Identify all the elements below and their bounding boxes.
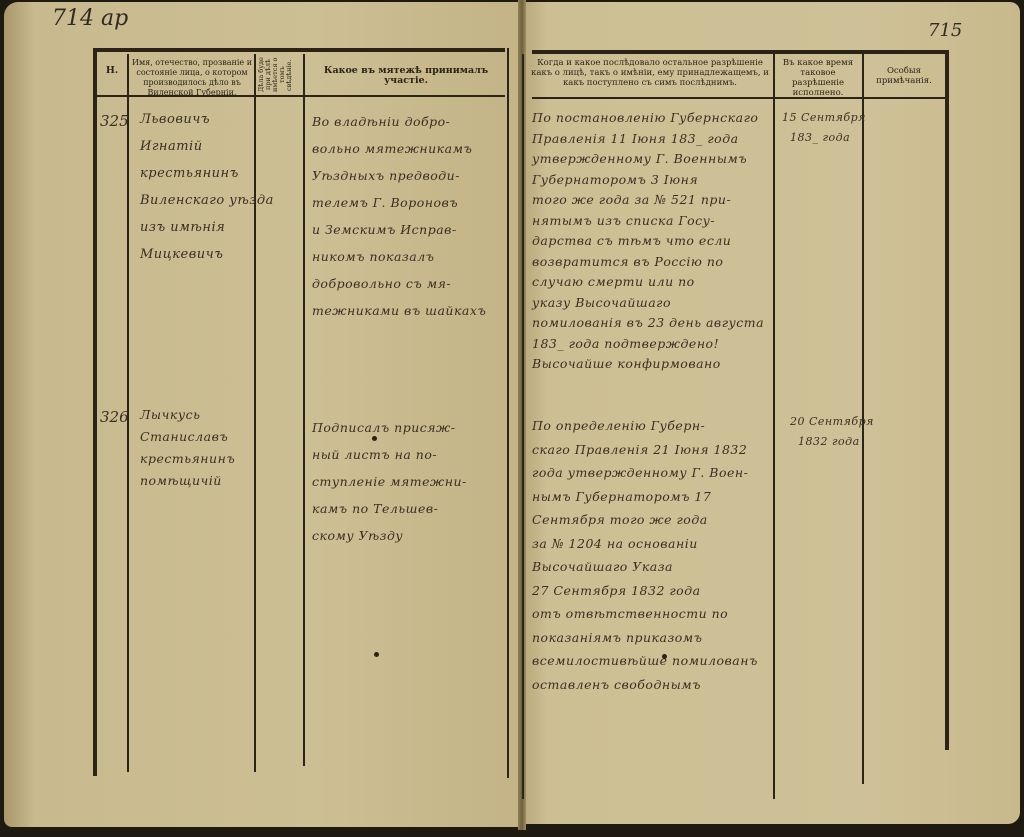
col-line [507, 48, 509, 778]
entry-name: Львовичъ Игнатій крестьянинъ Виленскаго … [140, 106, 274, 268]
entry-resolution: По определенію Губерн- скаго Правленія 2… [532, 414, 758, 696]
entry-participation: Подписалъ присяж- ный листъ на по- ступл… [312, 414, 467, 549]
entry-name: Лычкусь Станиславъ крестьянинъ помѣщичій [140, 404, 235, 492]
header-executed: Въ какое время таковое разрѣшеніе исполн… [776, 58, 860, 98]
ink-dot [372, 436, 377, 441]
entry-executed: 20 Сентября 1832 года [790, 412, 874, 452]
folio-left: 714 ap [52, 6, 128, 31]
top-rule-right [532, 50, 948, 54]
entry-participation: Во владѣніи добро- вольно мятежникамъ Уѣ… [312, 108, 486, 324]
header-notes: Особыя примѣчанія. [864, 66, 944, 86]
entry-number: 325 [100, 112, 129, 130]
col-line [93, 48, 97, 776]
entry-executed: 15 Сентября 183_ года [782, 108, 866, 148]
ink-dot [374, 652, 379, 657]
ink-dot [662, 654, 667, 659]
top-rule-left [95, 48, 505, 52]
col-line [303, 54, 305, 766]
header-case: Дѣла буде при дѣлѣ имѣется о томъ свѣдѣн… [258, 56, 302, 94]
col-line [773, 54, 775, 799]
entry-number: 326 [100, 408, 129, 426]
col-line [945, 50, 949, 750]
col-line [522, 54, 524, 799]
folio-right: 715 [928, 20, 962, 41]
header-resolution: Когда и какое послѣдовало остальное разр… [528, 58, 772, 88]
header-participation: Какое въ мятежѣ принималъ участіе. [308, 66, 504, 86]
entry-resolution: По постановленію Губернскаго Правленія 1… [532, 108, 764, 375]
header-name: Имя, отечество, прозваніе и состояніе ли… [131, 58, 253, 98]
header-rule-right [532, 97, 948, 99]
header-number: Н. [98, 66, 126, 76]
